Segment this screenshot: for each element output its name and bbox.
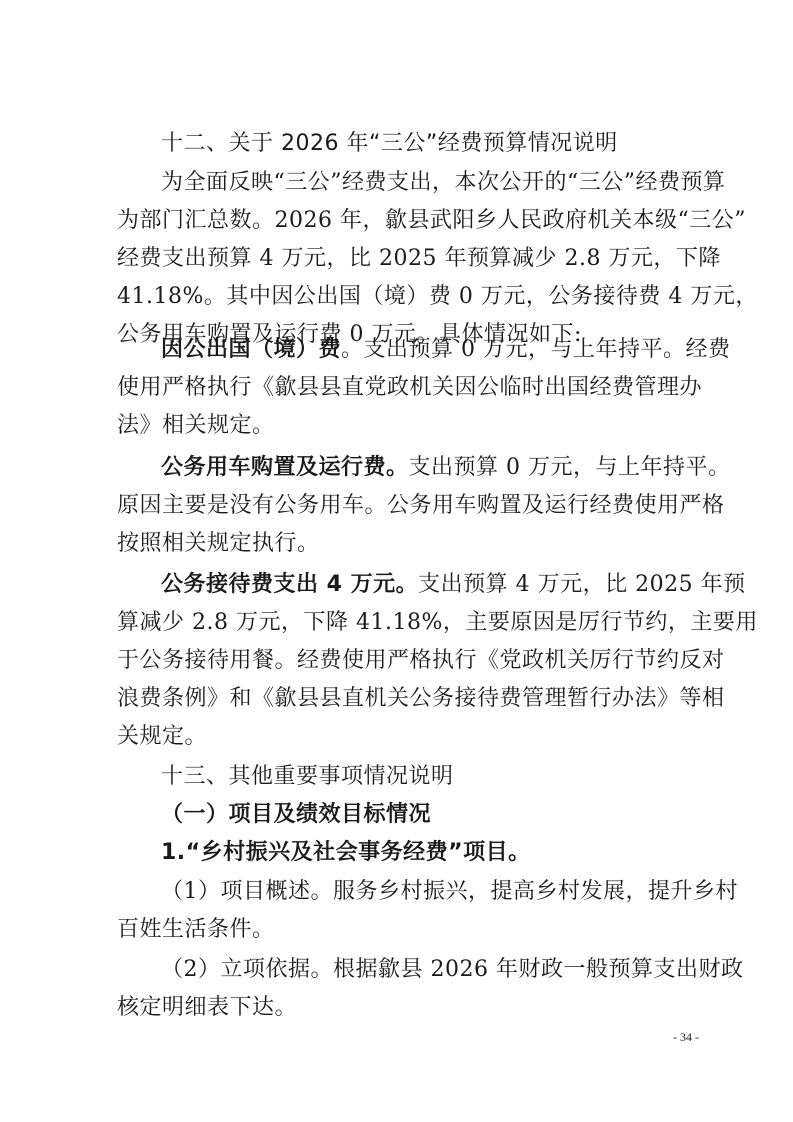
vehicle-paragraph-first-line: 公务用车购置及运行费。支出预算 0 万元，与上年持平。 <box>161 449 731 487</box>
paragraph-line: 浪费条例》和《歙县县直机关公务接待费管理暂行办法》等相 <box>117 680 702 718</box>
section-13-heading: 十三、其他重要事项情况说明 <box>161 758 454 796</box>
paragraph-line: 百姓生活条件。 <box>117 911 275 949</box>
paragraph-line: 核定明细表下达。 <box>117 989 297 1027</box>
paragraph-line: 使用严格执行《歙县县直党政机关因公临时出国经费管理办 <box>117 369 702 407</box>
paragraph-line: 关规定。 <box>117 718 207 756</box>
paragraph-line: 经费支出预算 4 万元，比 2025 年预算减少 2.8 万元，下降 <box>117 240 702 278</box>
paragraph-line: （2）立项依据。根据歙县 2026 年财政一般预算支出财政 <box>161 951 702 989</box>
paragraph-line: 为全面反映“三公”经费支出，本次公开的“三公”经费预算 <box>161 164 702 202</box>
page-number: - 34 - <box>673 1030 699 1045</box>
reception-paragraph-first-line: 公务接待费支出 4 万元。支出预算 4 万元，比 2025 年预 <box>161 566 746 604</box>
vehicle-title: 公务用车购置及运行费。 <box>161 455 409 480</box>
abroad-paragraph-first-line: 因公出国（境）费。支出预算 0 万元，与上年持平。经费 <box>161 331 731 369</box>
reception-title: 公务接待费支出 4 万元。 <box>161 572 418 597</box>
vehicle-text: 支出预算 0 万元，与上年持平。 <box>409 455 731 480</box>
section-12-heading: 十二、关于 2026 年“三公”经费预算情况说明 <box>161 125 618 163</box>
paragraph-line: 41.18%。其中因公出国（境）费 0 万元，公务接待费 4 万元， <box>117 278 702 316</box>
paragraph-line: 算减少 2.8 万元，下降 41.18%，主要原因是厉行节约，主要用 <box>117 604 702 642</box>
paragraph-line: 原因主要是没有公务用车。公务用车购置及运行经费使用严格 <box>117 487 702 525</box>
paragraph-line: 按照相关规定执行。 <box>117 525 320 563</box>
paragraph-line: 于公务接待用餐。经费使用严格执行《党政机关厉行节约反对 <box>117 642 702 680</box>
item-heading: 1.“乡村振兴及社会事务经费”项目。 <box>161 834 531 872</box>
paragraph-line: 法》相关规定。 <box>117 407 275 445</box>
paragraph-line: 为部门汇总数。2026 年，歙县武阳乡人民政府机关本级“三公” <box>117 202 702 240</box>
abroad-title: 因公出国（境）费 <box>161 337 341 362</box>
subsection-heading: （一）项目及绩效目标情况 <box>161 796 431 834</box>
paragraph-line: （1）项目概述。服务乡村振兴，提高乡村发展，提升乡村 <box>161 873 702 911</box>
reception-text: 支出预算 4 万元，比 2025 年预 <box>418 572 745 597</box>
abroad-text: 。支出预算 0 万元，与上年持平。经费 <box>341 337 731 362</box>
